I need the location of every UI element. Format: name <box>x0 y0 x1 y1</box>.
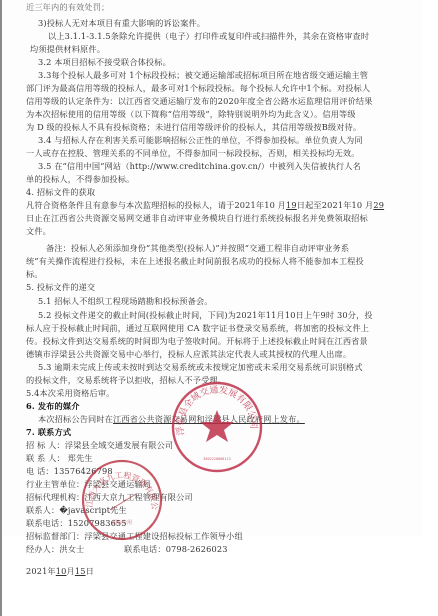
section-heading-4: 4. 招标文件的获取 <box>26 187 95 198</box>
date-year: 2021年 <box>26 566 56 576</box>
field-label: 招标代理机构： <box>26 492 84 502</box>
note-line: 备注：投标人必须添加身份“其他类型(投标人)”并按照“交通工程非自动评审业务系 <box>46 243 349 254</box>
text-line: 3)投标人无对本项目有重大影响的诉讼案件。 <box>38 18 205 29</box>
field-label: 招标监督部门： <box>26 531 84 541</box>
text-line: 5.1 招标人不组织工程现场踏勘和投标预备会。 <box>38 296 213 307</box>
text-line: 5.3 逾期未完成上传或未按时到达交易系统或未按规定加密或未采用交易系统可识别格… <box>38 362 363 373</box>
field-label: 联 系 人： <box>26 453 65 463</box>
text-line: 为 D 级的投标人不具有投标资格；未进行信用等级评价的投标人，其信用等级按B级对… <box>26 122 361 133</box>
field-label: 联系电话： <box>26 518 68 528</box>
field-value: 洪女士 <box>59 544 84 554</box>
text-line: 3.2 本项目招标不接受联合体投标。 <box>38 57 171 68</box>
note-line: 标。 <box>26 269 43 280</box>
field-label: 招 标 人： <box>26 440 65 450</box>
date-day-suffix: 日 <box>86 566 94 576</box>
text-line: 3.4 与招标人存在利害关系可能影响招标公正性的单位，不得参加投标。单位负责人为… <box>38 135 363 146</box>
text-line: 一人或存在控股、管理关系的不同单位，不得参加同一标段投标，否则，相关投标均无效。 <box>26 148 360 159</box>
text-line: 日止在江西省公共资源交易网交通非自动评审业务模块自行进行系统投标报名并免费领取招… <box>26 213 368 224</box>
end-day: 29 <box>373 200 384 210</box>
field-label: 行业主管单位： <box>26 479 84 489</box>
text-line: 5.2 投标文件递交的截止时间(投标截止时间，下同)为2021年11月10日上午… <box>38 310 373 321</box>
text-line: 近三年内的有效处罚； <box>26 2 109 13</box>
agency-seal-icon: 江西大京九工程管理有限公司 招标专用 <box>80 458 164 542</box>
text-line: 3.3每个投标人最多可对 1个标段投标；被交通运输部或招标项目所在地省级交通运输… <box>38 70 368 81</box>
field-label: 联系电话： <box>124 544 166 554</box>
contact-tenderer: 招 标 人：浮梁县全域交通发展有限公司 <box>26 440 173 451</box>
section-heading-5: 5. 投标文件的递交 <box>26 282 95 293</box>
text-line: 标人应于投标截止时间前，通过互联网使用 CA 数字证书登录交易系统，将加密的投标… <box>26 323 369 334</box>
svg-text:招标专用: 招标专用 <box>112 519 132 526</box>
text-line: 信用等级的认定条件为：以江西省交通运输厅发布的2020年度全省公路水运监理信用评… <box>26 96 373 107</box>
tenderer-seal-icon: 浮梁县全域交通发展有限公司 3602220008113 <box>170 380 264 474</box>
text-line: 以上3.1.1-3.1.5条除允许提供（电子）打印件或复印件或扫描件外，其余在资… <box>48 31 369 42</box>
text-fragment: 凡符合资格条件且有意参与本次监理招标的投标人，请于2021年10 月 <box>26 200 286 210</box>
contact-handler: 经办人：洪女士 <box>26 544 84 555</box>
date-month: 10 <box>56 566 67 576</box>
section-heading-7: 7. 联系方式 <box>26 427 71 438</box>
text-line: 5.4本次采用资格后审。 <box>26 388 115 399</box>
contact-handler-phone: 联系电话：0798-2626023 <box>124 544 228 555</box>
text-line: 德镇市浮梁县公共资源交易中心举行，投标人应派其法定代表人或其授权的代理人出席。 <box>26 349 351 360</box>
field-label: 电 话： <box>26 466 54 476</box>
date-day: 15 <box>75 566 86 576</box>
start-day: 19 <box>286 200 297 210</box>
note-line: 统”有关操作流程进行投标，未在上述报名截止时间前报名成功的投标人将不能参加本工程… <box>26 256 364 267</box>
text-line: 单的投标人，不得参加投标。 <box>26 174 134 185</box>
text-fragment: 本次招标公告同时在 <box>38 414 113 424</box>
text-line: 均须提供材料原件。 <box>30 44 105 55</box>
field-label: 经办人： <box>26 544 59 554</box>
field-value: 0798-2626023 <box>166 544 228 554</box>
section-heading-6: 6. 发布的媒介 <box>26 401 80 412</box>
text-line: 传。投标文件到达交易系统的时间即为电子签收时间。开标将于上述投标截止时间在江西省… <box>26 336 368 347</box>
text-line: 部门评为最高信用等级的投标人，最多可对1个标段投标。每个投标人允许中1个标。对投… <box>26 83 370 94</box>
svg-text:3602220008113: 3602220008113 <box>203 457 230 461</box>
svg-text:江西大京九工程管理有限公司: 江西大京九工程管理有限公司 <box>80 458 159 510</box>
text-line: 为本次招标使用的信用等级（以下简称“信用等级”，除特别说明外均为此含义）。信用等… <box>26 109 356 120</box>
field-label: 联系人： <box>26 505 59 515</box>
text-line: 文件。 <box>26 226 51 237</box>
text-line: 3.5 在“信用中国”网站（http://www.creditchina.gov… <box>38 161 361 172</box>
text-line: 凡符合资格条件且有意参与本次监理招标的投标人，请于2021年10 月19日起至2… <box>26 200 384 211</box>
field-value: 浮梁县全域交通发展有限公司 <box>65 440 173 450</box>
date-month-suffix: 月 <box>67 566 75 576</box>
issue-date: 2021年10月15日 <box>26 566 94 577</box>
text-fragment: 日起至2021年10 月 <box>297 200 374 210</box>
